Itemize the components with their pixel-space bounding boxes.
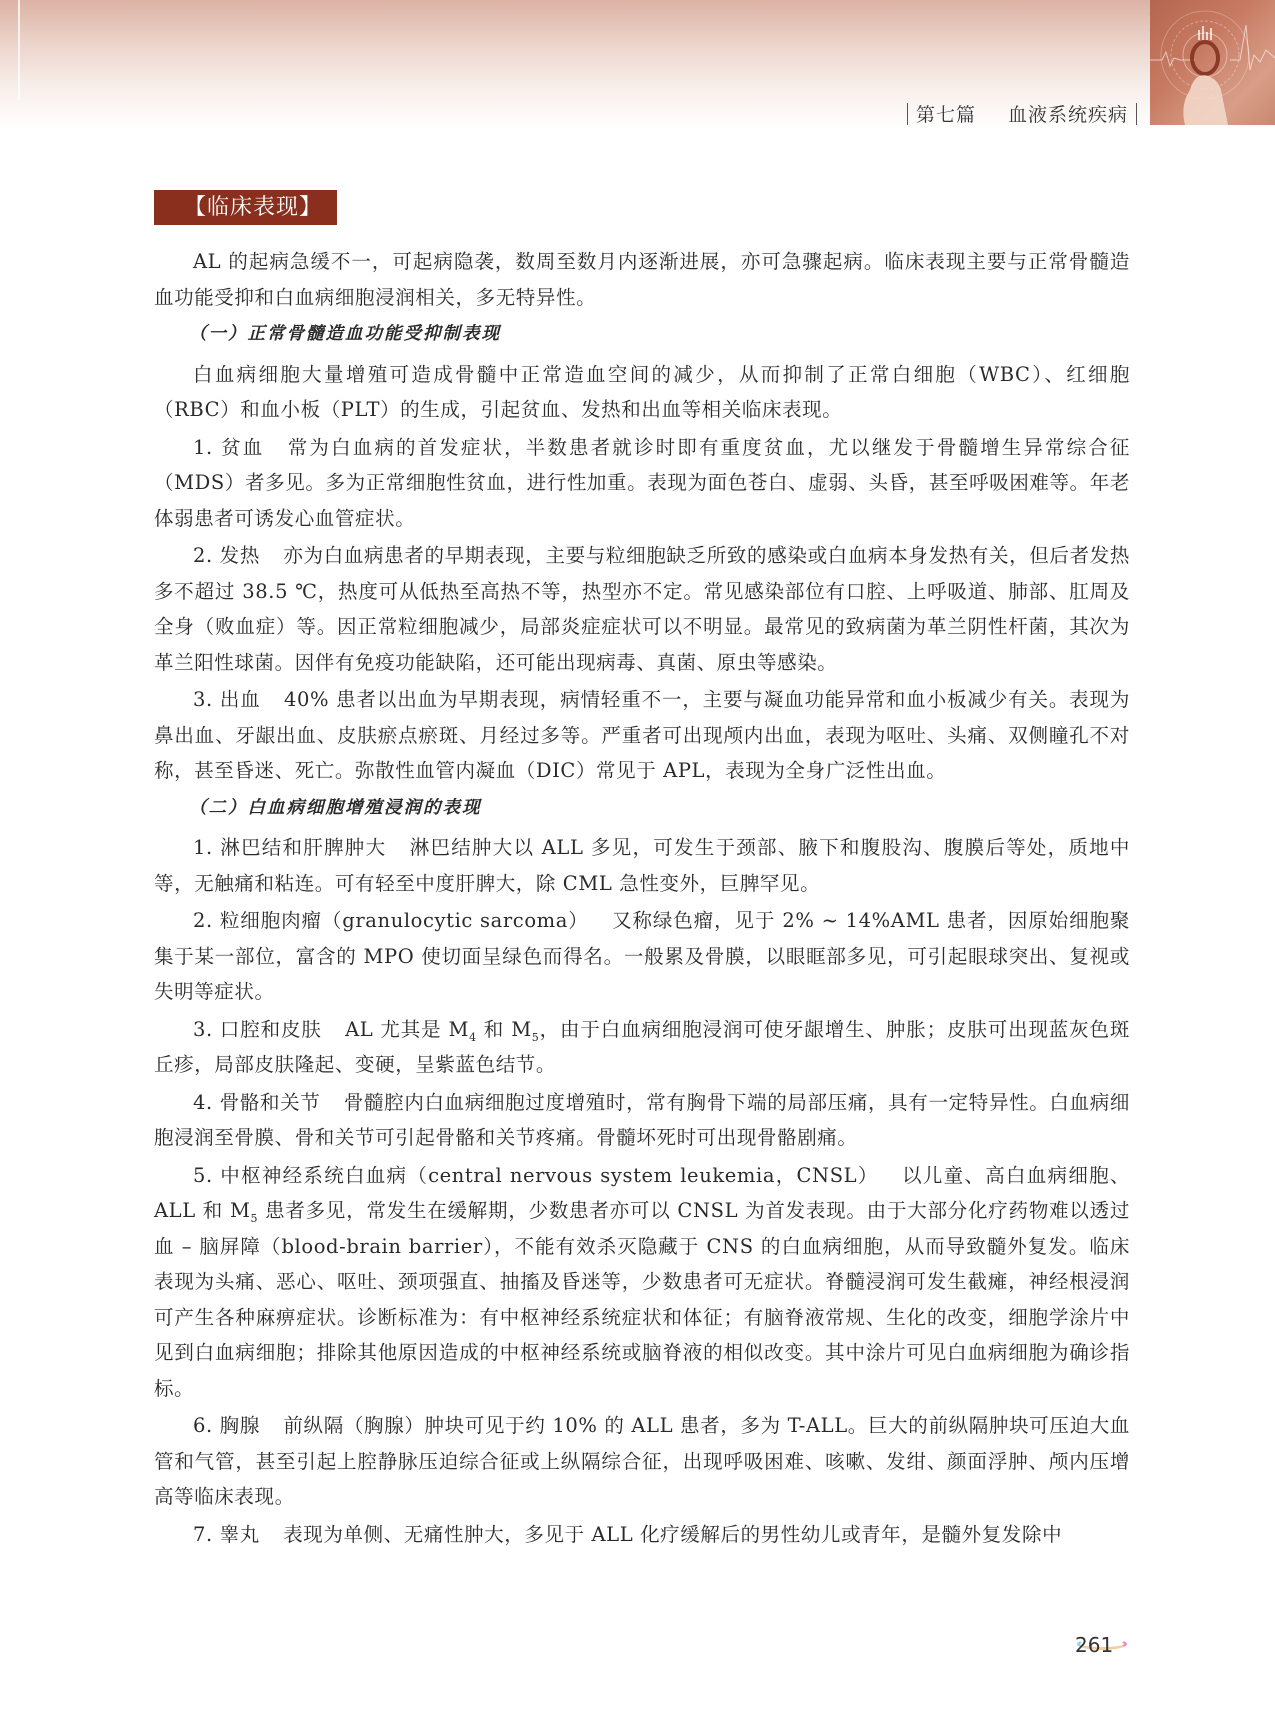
item-text: 前纵隔（胸腺）肿块可见于约 10% 的 ALL 患者，多为 T-ALL。巨大的前…: [154, 1414, 1130, 1508]
item-label: 3. 出血: [193, 688, 261, 711]
intro-paragraph: AL 的起病急缓不一，可起病隐袭，数周至数月内逐渐进展，亦可急骤起病。临床表现主…: [154, 244, 1130, 315]
item-label: 4. 骨骼和关节: [193, 1091, 320, 1114]
item-label: 2. 粒细胞肉瘤（granulocytic sarcoma）: [193, 909, 589, 932]
paragraph: 白血病细胞大量增殖可造成骨髓中正常造血空间的减少，从而抑制了正常白细胞（WBC）…: [154, 357, 1130, 428]
paragraph-testis: 7. 睾丸表现为单侧、无痛性肿大，多见于 ALL 化疗缓解后的男性幼儿或青年，是…: [154, 1517, 1130, 1553]
section-title: 【临床表现】: [154, 190, 337, 225]
paragraph-sarcoma: 2. 粒细胞肉瘤（granulocytic sarcoma）又称绿色瘤，见于 2…: [154, 903, 1130, 1010]
paragraph-thymus: 6. 胸腺前纵隔（胸腺）肿块可见于约 10% 的 ALL 患者，多为 T-ALL…: [154, 1408, 1130, 1515]
paragraph-anemia: 1. 贫血常为白血病的首发症状，半数患者就诊时即有重度贫血，尤以继发于骨髓增生异…: [154, 430, 1130, 537]
item-label: 1. 淋巴结和肝脾肿大: [193, 836, 386, 859]
item-label: 6. 胸腺: [193, 1414, 260, 1437]
item-text: 亦为白血病患者的早期表现，主要与粒细胞缺乏所致的感染或白血病本身发热有关，但后者…: [154, 544, 1130, 674]
chapter-label: 血液系统疾病: [1008, 100, 1128, 127]
paragraph-bleeding: 3. 出血40% 患者以出血为早期表现，病情轻重不一，主要与凝血功能异常和血小板…: [154, 682, 1130, 789]
subsection-heading-2: （二）白血病细胞增殖浸润的表现: [154, 791, 1130, 827]
part-label: 第七篇: [916, 100, 976, 127]
paragraph-fever: 2. 发热亦为白血病患者的早期表现，主要与粒细胞缺乏所致的感染或白血病本身发热有…: [154, 538, 1130, 680]
divider: [1136, 103, 1137, 125]
item-label: 1. 贫血: [193, 436, 264, 459]
running-head: 第七篇 血液系统疾病: [907, 100, 1137, 127]
item-label: 5. 中枢神经系统白血病（central nervous system leuk…: [193, 1164, 879, 1187]
item-label: 7. 睾丸: [193, 1523, 260, 1546]
item-label: 2. 发热: [193, 544, 260, 567]
page-number: 261: [1075, 1633, 1113, 1657]
paragraph-bone-joint: 4. 骨骼和关节骨髓腔内白血病细胞过度增殖时，常有胸骨下端的局部压痛，具有一定特…: [154, 1085, 1130, 1156]
item-text: 表现为单侧、无痛性肿大，多见于 ALL 化疗缓解后的男性幼儿或青年，是髓外复发除…: [283, 1523, 1062, 1546]
stethoscope-icon: [1150, 0, 1275, 125]
header-decorative-line: [18, 0, 20, 100]
body-text: AL 的起病急缓不一，可起病隐袭，数周至数月内逐渐进展，亦可急骤起病。临床表现主…: [154, 244, 1130, 1554]
subsection-heading-1: （一）正常骨髓造血功能受抑制表现: [154, 317, 1130, 353]
item-label: 3. 口腔和皮肤: [193, 1018, 322, 1041]
paragraph-lymph: 1. 淋巴结和肝脾肿大淋巴结肿大以 ALL 多见，可发生于颈部、腋下和腹股沟、腹…: [154, 830, 1130, 901]
paragraph-oral-skin: 3. 口腔和皮肤AL 尤其是 M4 和 M5，由于白血病细胞浸润可使牙龈增生、肿…: [154, 1012, 1130, 1083]
item-text: 常为白血病的首发症状，半数患者就诊时即有重度贫血，尤以继发于骨髓增生异常综合征（…: [154, 436, 1130, 530]
divider: [907, 103, 908, 125]
item-text: 40% 患者以出血为早期表现，病情轻重不一，主要与凝血功能异常和血小板减少有关。…: [154, 688, 1130, 782]
stethoscope-image: [1150, 0, 1275, 125]
paragraph-cnsl: 5. 中枢神经系统白血病（central nervous system leuk…: [154, 1158, 1130, 1407]
